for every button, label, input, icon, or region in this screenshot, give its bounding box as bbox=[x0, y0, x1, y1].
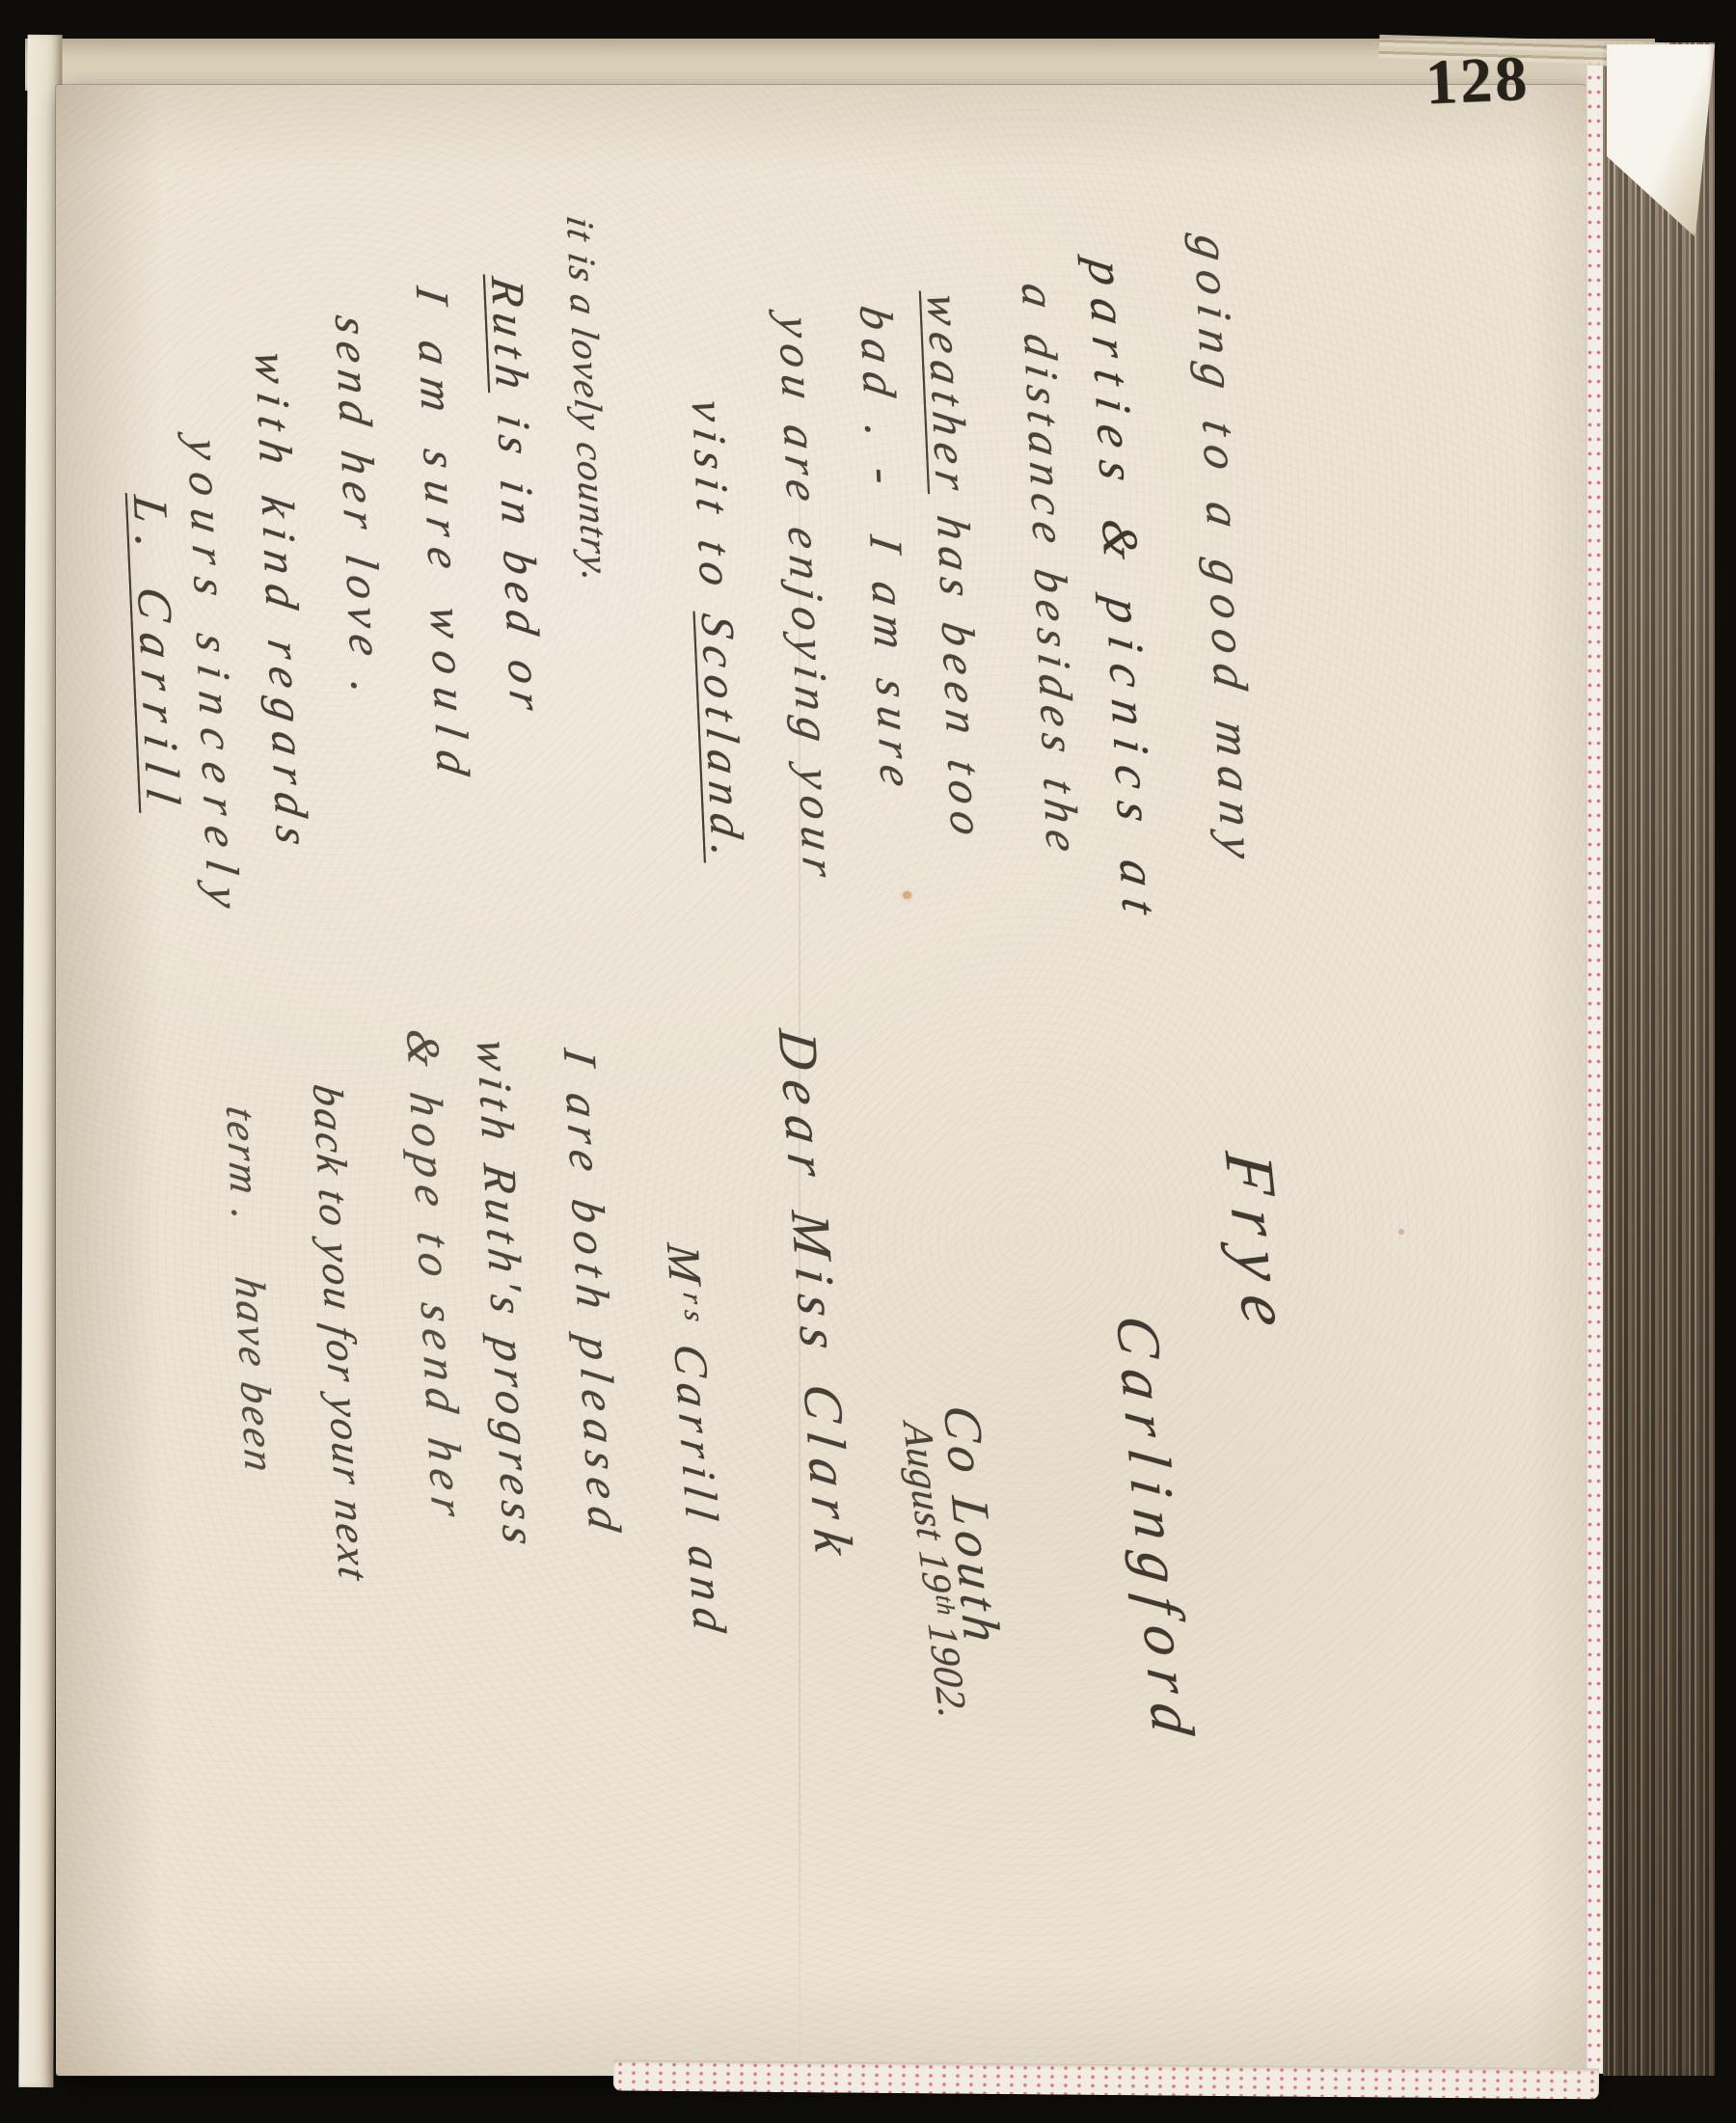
page-number-stamp: 128 bbox=[1424, 42, 1531, 121]
album-page bbox=[56, 85, 1595, 2076]
stain bbox=[1398, 1229, 1404, 1235]
stain bbox=[903, 891, 911, 899]
fore-edge bbox=[1586, 56, 1603, 2074]
page-stack-edge bbox=[1603, 42, 1715, 2076]
crease-line bbox=[799, 316, 800, 2110]
scan-root: { "page": { "number": "128" }, "letter":… bbox=[0, 0, 1736, 2123]
